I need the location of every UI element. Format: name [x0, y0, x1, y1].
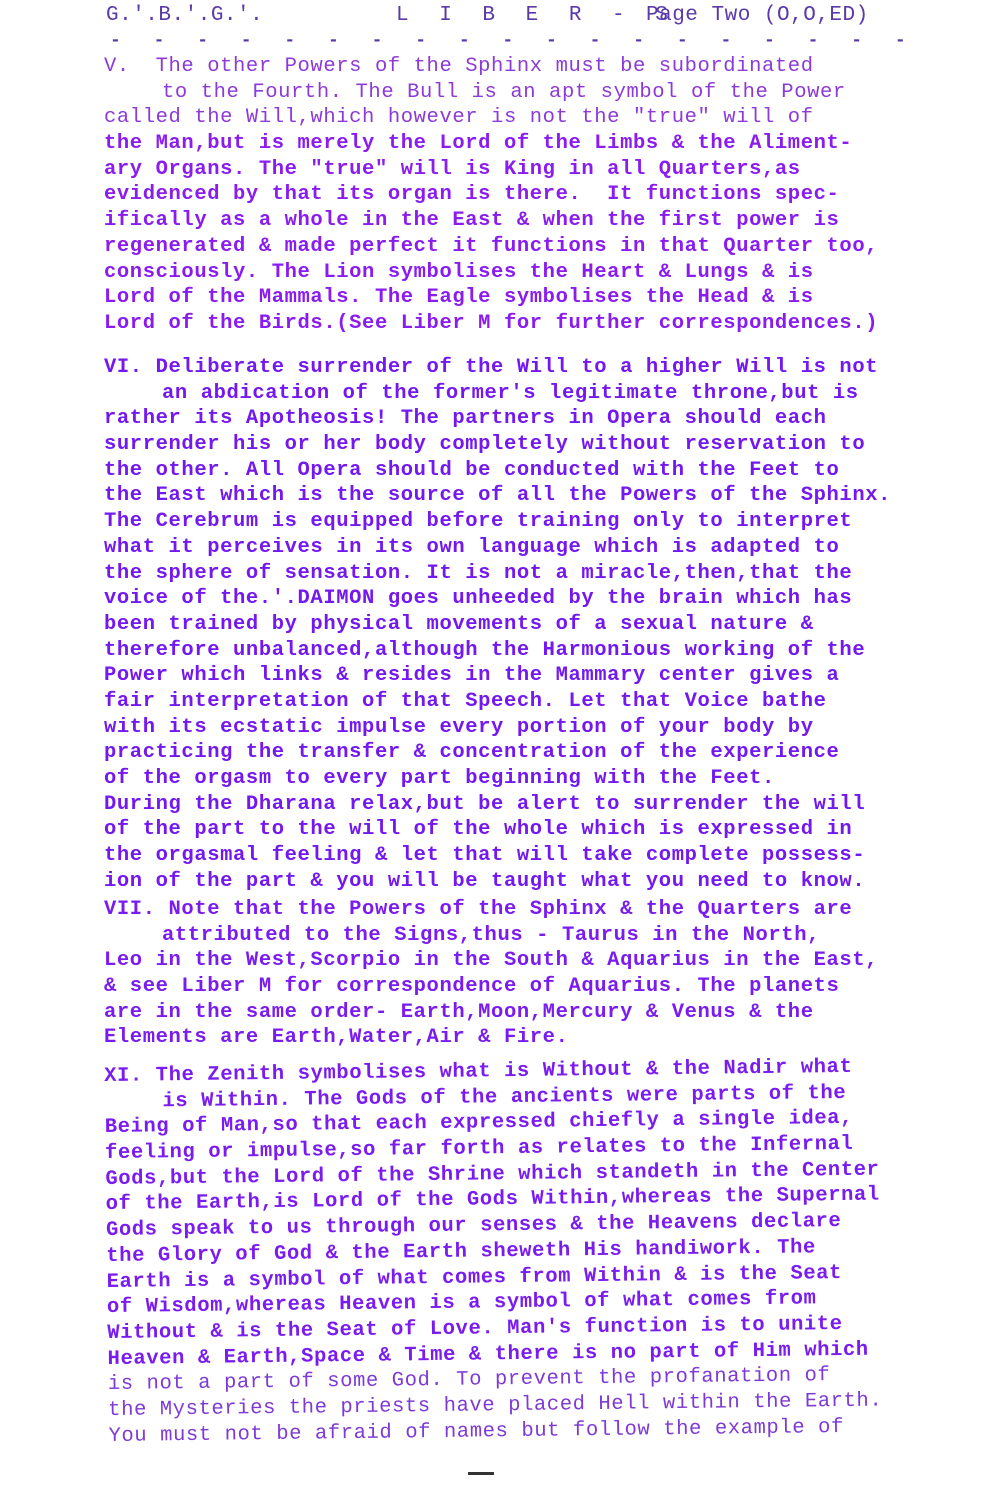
section-line: surrender his or her body completely wit… [104, 432, 974, 458]
header-order-mark: G.'.B.'.G.'. [106, 4, 263, 27]
section-line: VI. Deliberate surrender of the Will to … [104, 355, 974, 381]
section-line: During the Dharana relax,but be alert to… [104, 792, 974, 818]
section-line: Leo in the West,Scorpio in the South & A… [104, 948, 974, 974]
header-separator: - - - - - - - - - - - - - - - - - - - - … [110, 36, 910, 46]
section-line: ion of the part & you will be taught wha… [104, 869, 974, 895]
section-line: The Cerebrum is equipped before training… [104, 509, 974, 535]
section-line: Elements are Earth,Water,Air & Fire. [104, 1025, 974, 1051]
section-vii: VII. Note that the Powers of the Sphinx … [104, 897, 974, 1051]
section-line: the East which is the source of all the … [104, 483, 974, 509]
section-line: of the part to the will of the whole whi… [104, 817, 974, 843]
section-line: voice of the.'.DAIMON goes unheeded by t… [104, 586, 974, 612]
typewritten-page: G.'.B.'.G.'. L I B E R - S Page Two (O,O… [0, 0, 1000, 1500]
section-line: practicing the transfer & concentration … [104, 740, 974, 766]
section-line: ary Organs. The "true" will is King in a… [104, 157, 974, 183]
section-line: an abdication of the former's legitimate… [104, 381, 974, 407]
section-line: V. The other Powers of the Sphinx must b… [104, 54, 974, 80]
section-line: Power which links & resides in the Mamma… [104, 663, 974, 689]
section-line: evidenced by that its organ is there. It… [104, 182, 974, 208]
section-line: the Man,but is merely the Lord of the Li… [104, 131, 974, 157]
page-end-dash [468, 1472, 494, 1475]
section-line: the sphere of sensation. It is not a mir… [104, 561, 974, 587]
section-xi: XI. The Zenith symbolises what is Withou… [104, 1053, 979, 1449]
section-line: attributed to the Signs,thus - Taurus in… [104, 923, 974, 949]
section-vi: VI. Deliberate surrender of the Will to … [104, 355, 974, 894]
section-line: of the orgasm to every part beginning wi… [104, 766, 974, 792]
section-line: with its ecstatic impulse every portion … [104, 715, 974, 741]
page-header: G.'.B.'.G.'. L I B E R - S Page Two (O,O… [106, 4, 906, 30]
section-line: rather its Apotheosis! The partners in O… [104, 406, 974, 432]
section-line: Lord of the Birds.(See Liber M for furth… [104, 311, 974, 337]
section-line: ifically as a whole in the East & when t… [104, 208, 974, 234]
section-line: Lord of the Mammals. The Eagle symbolise… [104, 285, 974, 311]
header-title: L I B E R - S [396, 4, 677, 27]
section-line: regenerated & made perfect it functions … [104, 234, 974, 260]
section-line: to the Fourth. The Bull is an apt symbol… [104, 80, 974, 106]
section-line: called the Will,which however is not the… [104, 105, 974, 131]
section-line: fair interpretation of that Speech. Let … [104, 689, 974, 715]
section-line: are in the same order- Earth,Moon,Mercur… [104, 1000, 974, 1026]
section-line: what it perceives in its own language wh… [104, 535, 974, 561]
section-line: the other. All Opera should be conducted… [104, 458, 974, 484]
section-line: VII. Note that the Powers of the Sphinx … [104, 897, 974, 923]
section-line: consciously. The Lion symbolises the Hea… [104, 260, 974, 286]
section-line: & see Liber M for correspondence of Aqua… [104, 974, 974, 1000]
section-v: V. The other Powers of the Sphinx must b… [104, 54, 974, 337]
section-line: the orgasmal feeling & let that will tak… [104, 843, 974, 869]
section-line: been trained by physical movements of a … [104, 612, 974, 638]
header-page-number: Page Two (O,O,ED) [646, 4, 869, 27]
section-line: therefore unbalanced,although the Harmon… [104, 638, 974, 664]
